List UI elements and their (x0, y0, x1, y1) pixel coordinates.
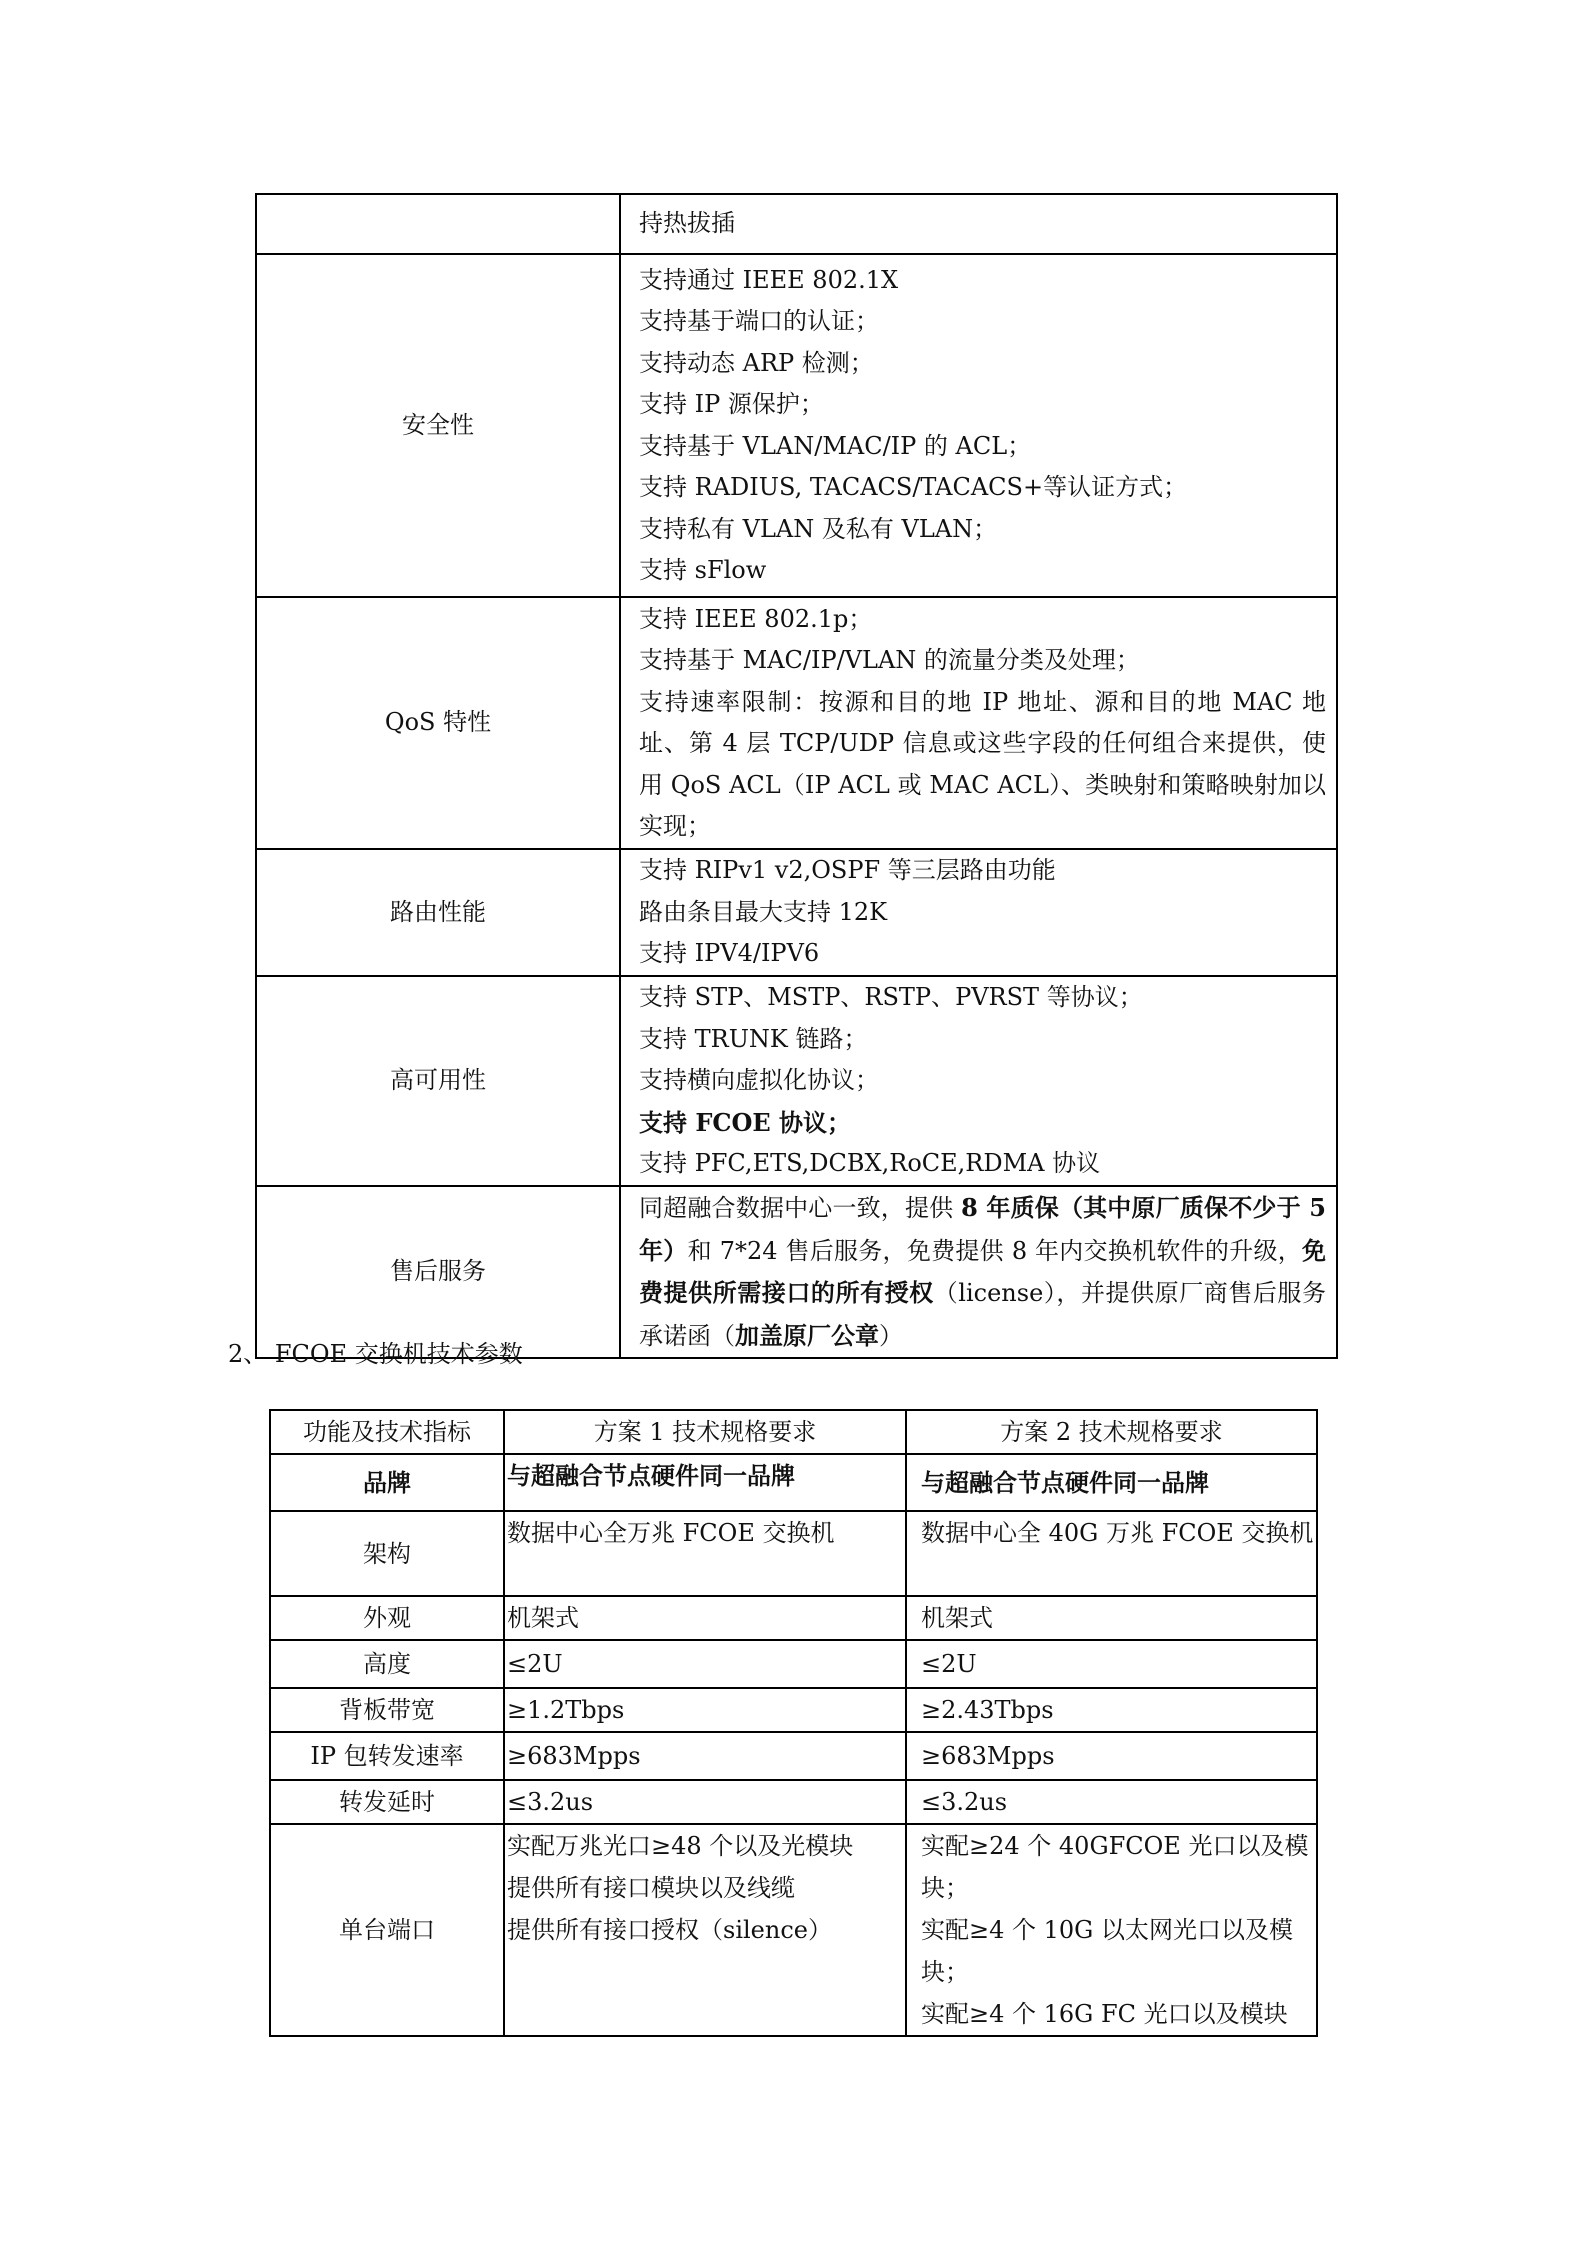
table-row: QoS 特性 支持 IEEE 802.1p； 支持基于 MAC/IP/VLAN … (256, 597, 1337, 849)
content-line: 支持横向虚拟化协议； (639, 1060, 1326, 1102)
row-name: IP 包转发速率 (270, 1732, 504, 1780)
fcoe-spec-table: 功能及技术指标 方案 1 技术规格要求 方案 2 技术规格要求 品牌 与超融合节… (269, 1409, 1318, 2037)
table-row: 路由性能 支持 RIPv1 v2,OSPF 等三层路由功能 路由条目最大支持 1… (256, 849, 1337, 976)
content-line: 支持基于 VLAN/MAC/IP 的 ACL； (639, 426, 1326, 468)
content-line: 实配≥24 个 40GFCOE 光口以及模块； (921, 1825, 1316, 1909)
spec-table-1: 持热拔插 安全性 支持通过 IEEE 802.1X 支持基于端口的认证； 支持动… (255, 193, 1338, 1359)
plan1-value: ≤3.2us (504, 1780, 906, 1824)
table-row: 高度 ≤2U ≤2U (270, 1640, 1317, 1688)
content-line-bold: 支持 FCOE 协议； (639, 1102, 1326, 1144)
table-row: 外观 机架式 机架式 (270, 1596, 1317, 1640)
row-content: 支持 RIPv1 v2,OSPF 等三层路由功能 路由条目最大支持 12K 支持… (620, 849, 1337, 976)
column-header: 方案 2 技术规格要求 (906, 1410, 1317, 1454)
plan2-value: 实配≥24 个 40GFCOE 光口以及模块； 实配≥4 个 10G 以太网光口… (906, 1824, 1317, 2036)
row-name: 转发延时 (270, 1780, 504, 1824)
column-header: 方案 1 技术规格要求 (504, 1410, 906, 1454)
content-line: 路由条目最大支持 12K (639, 892, 1326, 934)
content-line: 支持 PFC,ETS,DCBX,RoCE,RDMA 协议 (639, 1143, 1326, 1185)
content-line: 支持 IEEE 802.1p； (639, 599, 1326, 641)
table-header-row: 功能及技术指标 方案 1 技术规格要求 方案 2 技术规格要求 (270, 1410, 1317, 1454)
section-heading: 2、 FCOE 交换机技术参数 (228, 1334, 523, 1374)
plan2-value: ≤2U (906, 1640, 1317, 1688)
row-label (256, 194, 620, 254)
row-name: 品牌 (270, 1454, 504, 1511)
plan2-value: ≥683Mpps (906, 1732, 1317, 1780)
text-segment-bold: 加盖原厂公章 (735, 1321, 879, 1350)
table-row: 架构 数据中心全万兆 FCOE 交换机 数据中心全 40G 万兆 FCOE 交换… (270, 1511, 1317, 1596)
content-line: 支持私有 VLAN 及私有 VLAN； (639, 509, 1326, 551)
row-content: 支持通过 IEEE 802.1X 支持基于端口的认证； 支持动态 ARP 检测；… (620, 254, 1337, 597)
row-name: 外观 (270, 1596, 504, 1640)
row-content: 同超融合数据中心一致，提供 8 年质保（其中原厂质保不少于 5 年）和 7*24… (620, 1186, 1337, 1358)
content-line: 支持 sFlow (639, 550, 1326, 592)
content-line: 支持通过 IEEE 802.1X (639, 260, 1326, 302)
row-name: 高度 (270, 1640, 504, 1688)
content-line: 支持基于端口的认证； (639, 301, 1326, 343)
plan1-value: ≥683Mpps (504, 1732, 906, 1780)
text-segment: ） (879, 1322, 903, 1350)
table-row: IP 包转发速率 ≥683Mpps ≥683Mpps (270, 1732, 1317, 1780)
content-line: 支持 IPV4/IPV6 (639, 933, 1326, 975)
plan1-value: 实配万兆光口≥48 个以及光模块 提供所有接口模块以及线缆 提供所有接口授权（s… (504, 1824, 906, 2036)
row-content: 支持 IEEE 802.1p； 支持基于 MAC/IP/VLAN 的流量分类及处… (620, 597, 1337, 849)
row-name: 架构 (270, 1511, 504, 1596)
content-line: 支持动态 ARP 检测； (639, 343, 1326, 385)
content-line: 支持速率限制：按源和目的地 IP 地址、源和目的地 MAC 地址、第 4 层 T… (639, 682, 1326, 848)
row-name: 背板带宽 (270, 1688, 504, 1732)
content-line: 支持基于 MAC/IP/VLAN 的流量分类及处理； (639, 640, 1326, 682)
row-label: 售后服务 (256, 1186, 620, 1358)
content-line: 提供所有接口模块以及线缆 (507, 1867, 905, 1909)
table-row: 售后服务 同超融合数据中心一致，提供 8 年质保（其中原厂质保不少于 5 年）和… (256, 1186, 1337, 1358)
plan1-value: 与超融合节点硬件同一品牌 (504, 1454, 906, 1511)
row-label: 路由性能 (256, 849, 620, 976)
content-line: 实配万兆光口≥48 个以及光模块 (507, 1825, 905, 1867)
row-content: 持热拔插 (620, 194, 1337, 254)
service-paragraph: 同超融合数据中心一致，提供 8 年质保（其中原厂质保不少于 5 年）和 7*24… (639, 1187, 1326, 1357)
text-segment: 和 7*24 售后服务，免费提供 8 年内交换机软件的升级， (688, 1237, 1302, 1265)
plan2-value: 数据中心全 40G 万兆 FCOE 交换机 (906, 1511, 1317, 1596)
plan1-value: ≥1.2Tbps (504, 1688, 906, 1732)
row-content: 支持 STP、MSTP、RSTP、PVRST 等协议； 支持 TRUNK 链路；… (620, 976, 1337, 1186)
row-name: 单台端口 (270, 1824, 504, 2036)
text-segment: 同超融合数据中心一致，提供 (639, 1194, 961, 1222)
content-line: 持热拔插 (639, 203, 1326, 245)
content-line: 支持 RADIUS, TACACS/TACACS+等认证方式； (639, 467, 1326, 509)
plan2-value: 机架式 (906, 1596, 1317, 1640)
table-row: 单台端口 实配万兆光口≥48 个以及光模块 提供所有接口模块以及线缆 提供所有接… (270, 1824, 1317, 2036)
plan1-value: 机架式 (504, 1596, 906, 1640)
column-header: 功能及技术指标 (270, 1410, 504, 1454)
plan1-value: 数据中心全万兆 FCOE 交换机 (504, 1511, 906, 1596)
plan1-value: ≤2U (504, 1640, 906, 1688)
row-label: QoS 特性 (256, 597, 620, 849)
content-line: 支持 STP、MSTP、RSTP、PVRST 等协议； (639, 977, 1326, 1019)
plan2-value: ≥2.43Tbps (906, 1688, 1317, 1732)
row-label: 高可用性 (256, 976, 620, 1186)
content-line: 实配≥4 个 10G 以太网光口以及模块； (921, 1909, 1316, 1993)
table-row: 持热拔插 (256, 194, 1337, 254)
content-line: 支持 RIPv1 v2,OSPF 等三层路由功能 (639, 850, 1326, 892)
plan2-value: 与超融合节点硬件同一品牌 (906, 1454, 1317, 1511)
table-row: 转发延时 ≤3.2us ≤3.2us (270, 1780, 1317, 1824)
plan2-value: ≤3.2us (906, 1780, 1317, 1824)
content-line: 支持 IP 源保护； (639, 384, 1326, 426)
row-label: 安全性 (256, 254, 620, 597)
table-row: 背板带宽 ≥1.2Tbps ≥2.43Tbps (270, 1688, 1317, 1732)
content-line: 支持 TRUNK 链路； (639, 1019, 1326, 1061)
content-line: 实配≥4 个 16G FC 光口以及模块 (921, 1993, 1316, 2035)
table-row: 高可用性 支持 STP、MSTP、RSTP、PVRST 等协议； 支持 TRUN… (256, 976, 1337, 1186)
table-row: 安全性 支持通过 IEEE 802.1X 支持基于端口的认证； 支持动态 ARP… (256, 254, 1337, 597)
content-line: 提供所有接口授权（silence） (507, 1909, 905, 1951)
table-row: 品牌 与超融合节点硬件同一品牌 与超融合节点硬件同一品牌 (270, 1454, 1317, 1511)
